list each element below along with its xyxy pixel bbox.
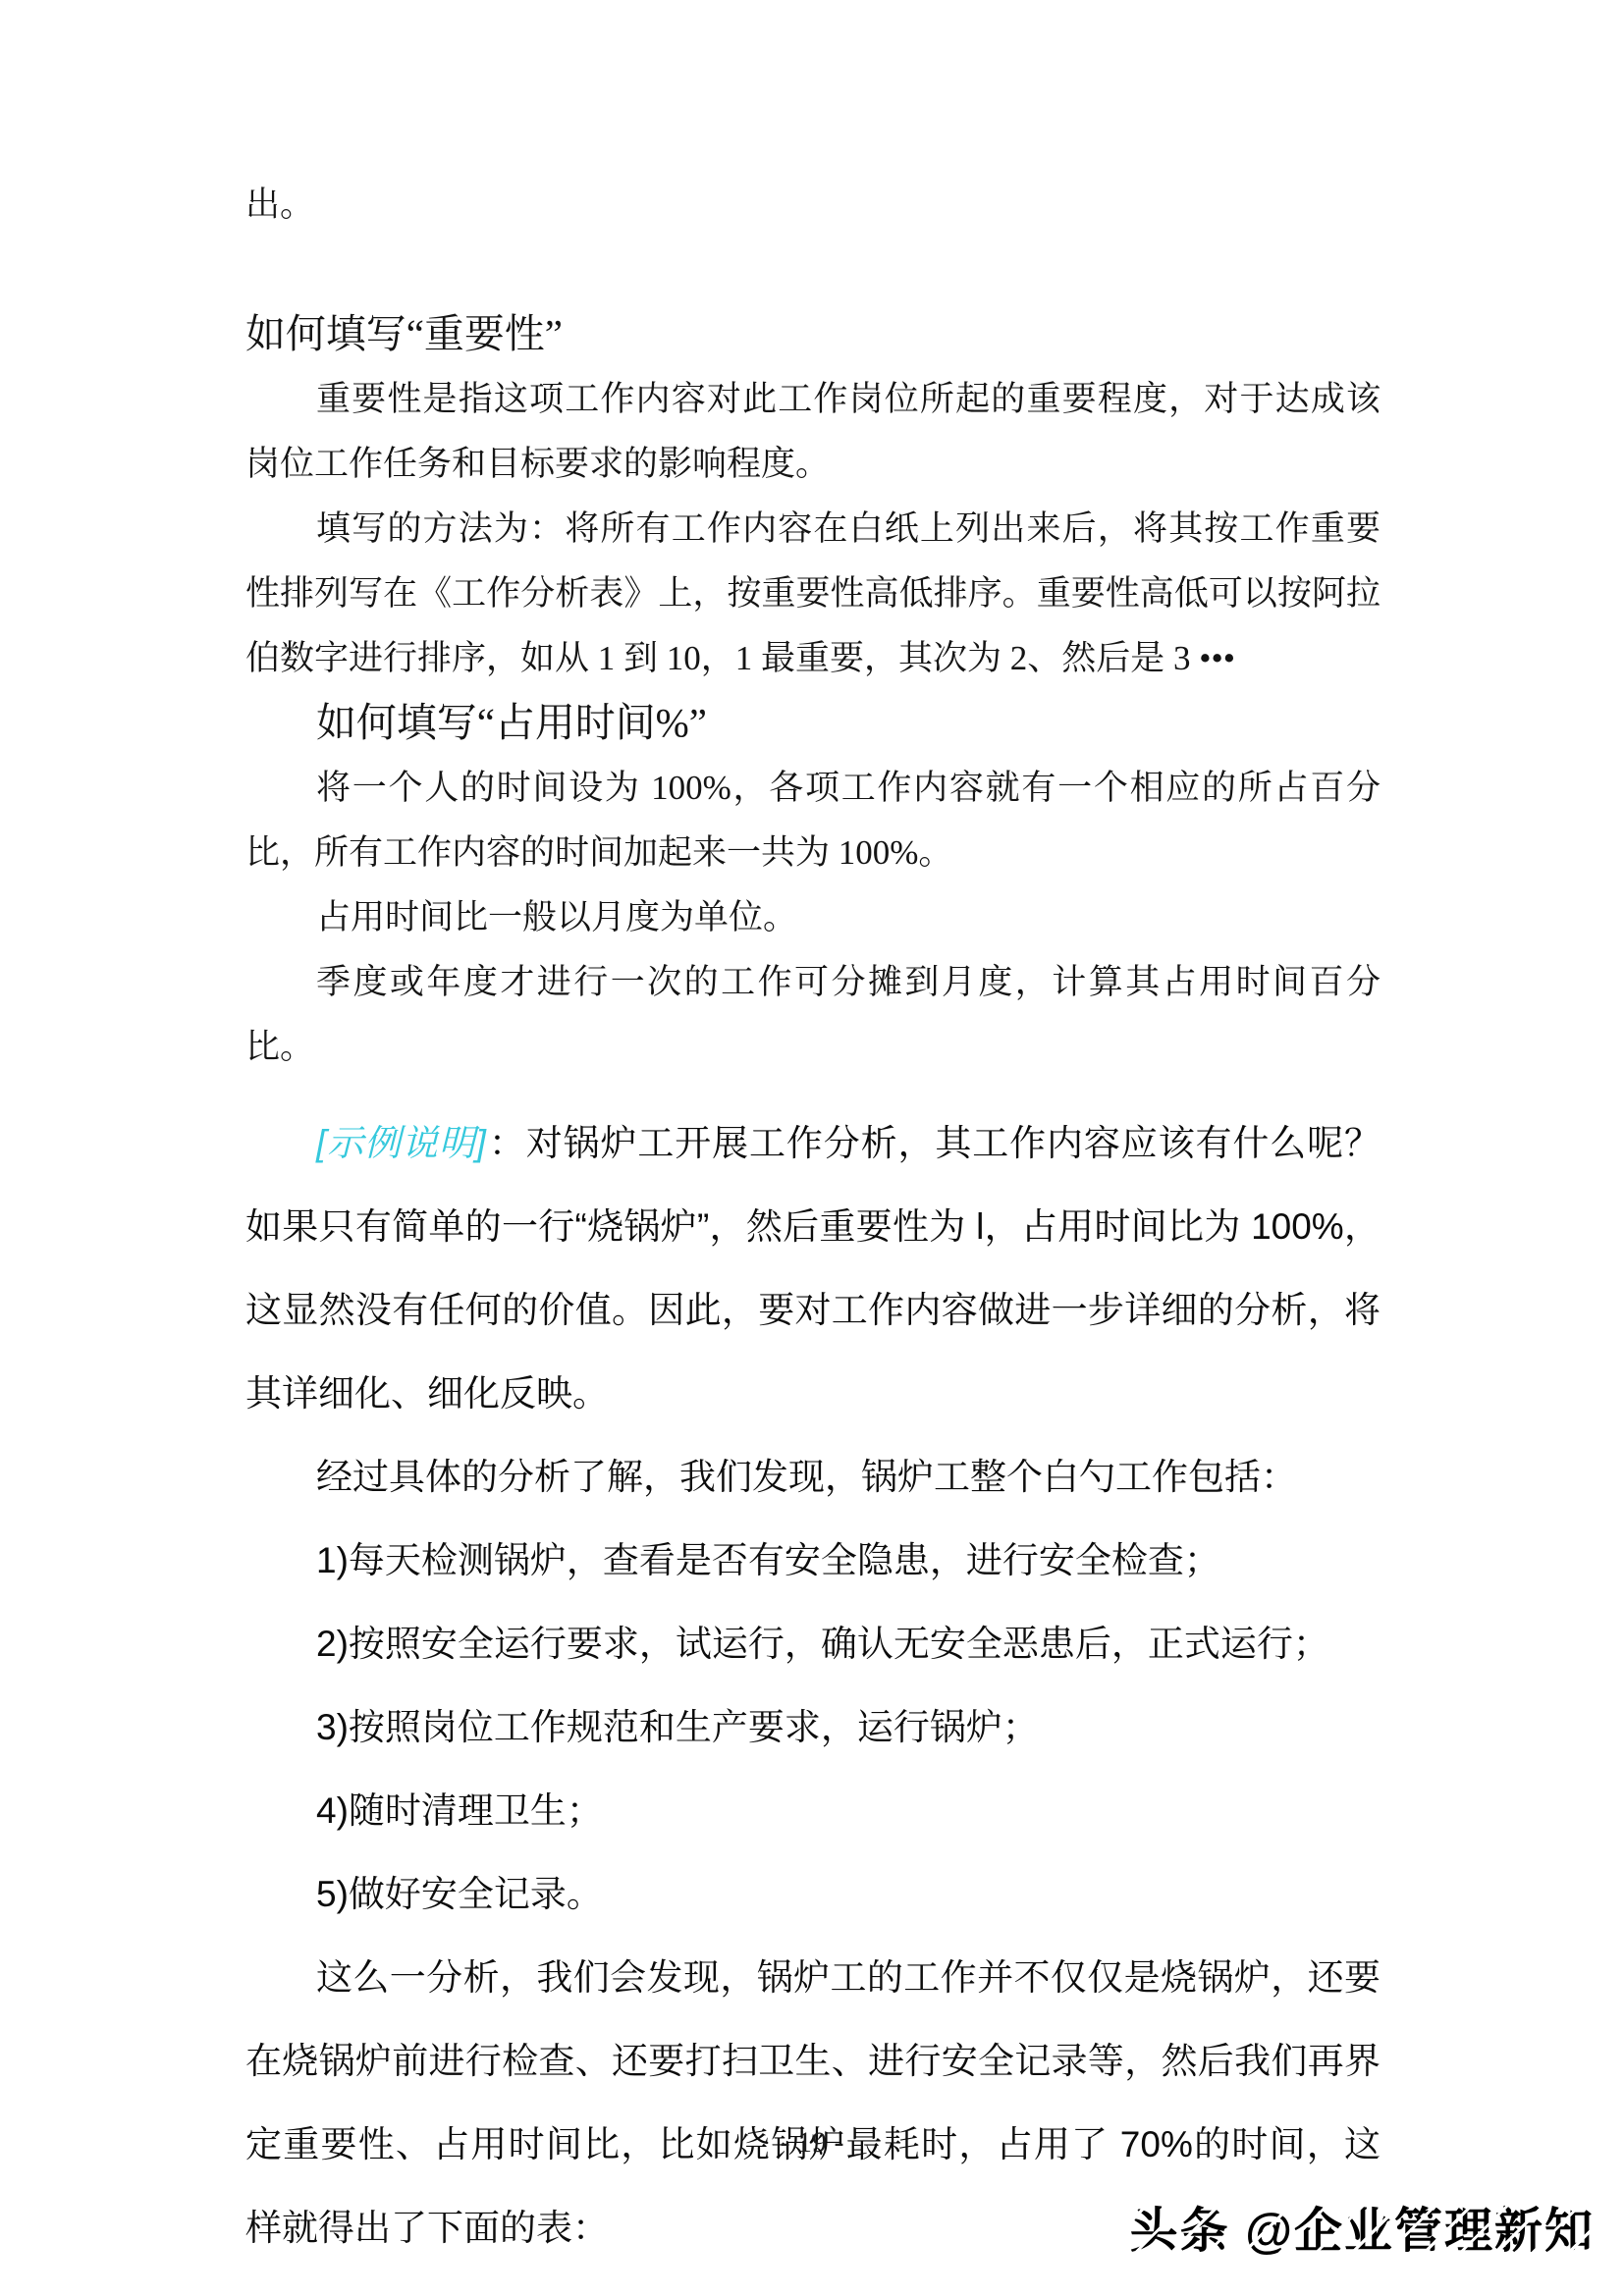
example-label: [示例说明]	[316, 1123, 488, 1163]
paragraph-time-percent-2: 占用时间比一般以月度为单位。	[245, 885, 1380, 950]
task-line-4: 4)随时清理卫生；	[245, 1769, 1380, 1852]
page-content: 出。 如何填写“重要性” 重要性是指这项工作内容对此工作岗位所起的重要程度，对于…	[245, 173, 1380, 2269]
heading-time-percent: 如何填写“占用时间%”	[245, 691, 1380, 756]
paragraph-time-percent-1: 将一个人的时间设为 100%，各项工作内容就有一个相应的所占百分比，所有工作内容…	[245, 756, 1380, 885]
page-number: - 19 -	[0, 2123, 1624, 2163]
task-line-5: 5)做好安全记录。	[245, 1852, 1380, 1936]
paragraph-intro-tail: 出。	[245, 173, 1380, 238]
paragraph-analysis-intro: 经过具体的分析了解，我们发现，锅炉工整个白勺工作包括：	[245, 1435, 1380, 1519]
paragraph-importance-method: 填写的方法为：将所有工作内容在白纸上列出来后，将其按工作重要性排列写在《工作分析…	[245, 497, 1380, 691]
example-intro-text: ：对锅炉工开展工作分析，其工作内容应该有什么呢？如果只有简单的一行“烧锅炉”，然…	[245, 1123, 1380, 1414]
task-line-3: 3)按照岗位工作规范和生产要求，运行锅炉；	[245, 1685, 1380, 1769]
task-line-1: 1)每天检测锅炉，查看是否有安全隐患，进行安全检查；	[245, 1519, 1380, 1602]
section-fill-instructions: 出。 如何填写“重要性” 重要性是指这项工作内容对此工作岗位所起的重要程度，对于…	[245, 173, 1380, 1080]
task-line-2: 2)按照安全运行要求，试运行，确认无安全恶患后，正式运行；	[245, 1602, 1380, 1685]
document-page: 出。 如何填写“重要性” 重要性是指这项工作内容对此工作岗位所起的重要程度，对于…	[0, 0, 1624, 2296]
paragraph-importance-definition: 重要性是指这项工作内容对此工作岗位所起的重要程度，对于达成该岗位工作任务和目标要…	[245, 367, 1380, 497]
paragraph-example-intro: [示例说明]：对锅炉工开展工作分析，其工作内容应该有什么呢？如果只有简单的一行“…	[245, 1101, 1380, 1435]
heading-importance: 如何填写“重要性”	[245, 302, 1380, 367]
paragraph-time-percent-3: 季度或年度才进行一次的工作可分摊到月度，计算其占用时间百分比。	[245, 950, 1380, 1080]
section-example: [示例说明]：对锅炉工开展工作分析，其工作内容应该有什么呢？如果只有简单的一行“…	[245, 1101, 1380, 2269]
watermark-brand: 头条 @企业管理新知	[1130, 2202, 1595, 2261]
